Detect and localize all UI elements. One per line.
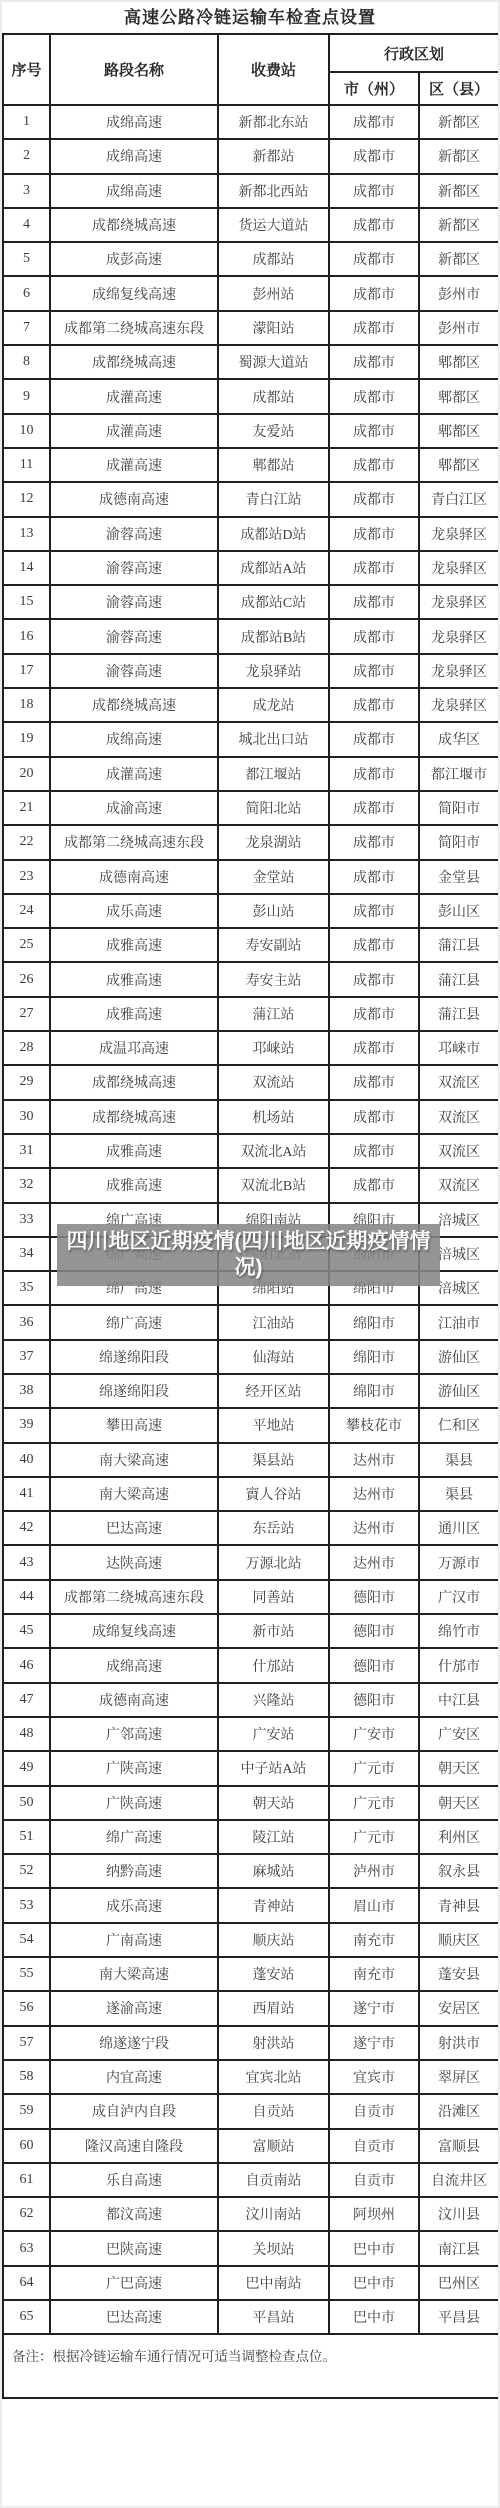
table-body: 1成绵高速新都北东站成都市新都区2成绵高速新都站成都市新都区3成绵高速新都北西站… bbox=[3, 105, 499, 2334]
district-cell: 富顺县 bbox=[419, 2129, 499, 2163]
road-name-cell: 成都绕城高速 bbox=[50, 688, 218, 722]
road-name-cell: 成绵高速 bbox=[50, 174, 218, 208]
district-cell: 平昌县 bbox=[419, 2300, 499, 2334]
table-footer: 备注：根据冷链运输车通行情况可适当调整检查点位。 bbox=[3, 2334, 499, 2398]
table-row: 13渝蓉高速成都站D站成都市龙泉驿区 bbox=[3, 517, 499, 551]
toll-station-cell: 平地站 bbox=[218, 1408, 329, 1442]
district-cell: 简阳市 bbox=[419, 791, 499, 825]
table-row: 53成乐高速青神站眉山市青神县 bbox=[3, 1888, 499, 1922]
index-cell: 59 bbox=[3, 2094, 50, 2128]
city-cell: 成都市 bbox=[329, 105, 419, 139]
city-cell: 泸州市 bbox=[329, 1854, 419, 1888]
city-cell: 成都市 bbox=[329, 414, 419, 448]
toll-station-cell: 自贡南站 bbox=[218, 2163, 329, 2197]
district-cell: 青白江区 bbox=[419, 482, 499, 516]
district-cell: 顺庆区 bbox=[419, 1923, 499, 1957]
table-row: 6成绵复线高速彭州站成都市彭州市 bbox=[3, 276, 499, 310]
city-cell: 成都市 bbox=[329, 1168, 419, 1202]
toll-station-cell: 邛崃站 bbox=[218, 1031, 329, 1065]
table-row: 39攀田高速平地站攀枝花市仁和区 bbox=[3, 1408, 499, 1442]
road-name-cell: 渝蓉高速 bbox=[50, 619, 218, 653]
table-row: 56遂渝高速西眉站遂宁市安居区 bbox=[3, 1991, 499, 2025]
road-name-cell: 攀田高速 bbox=[50, 1408, 218, 1442]
col-header-admin: 行政区划 bbox=[329, 34, 499, 72]
index-cell: 50 bbox=[3, 1786, 50, 1820]
toll-station-cell: 经开区站 bbox=[218, 1374, 329, 1408]
city-cell: 成都市 bbox=[329, 928, 419, 962]
index-cell: 41 bbox=[3, 1477, 50, 1511]
index-cell: 22 bbox=[3, 825, 50, 859]
district-cell: 蒲江县 bbox=[419, 928, 499, 962]
district-cell: 龙泉驿区 bbox=[419, 517, 499, 551]
toll-station-cell: 麻城站 bbox=[218, 1854, 329, 1888]
road-name-cell: 成自泸内自段 bbox=[50, 2094, 218, 2128]
table-row: 44成都第二绕城高速东段同善站德阳市广汉市 bbox=[3, 1580, 499, 1614]
road-name-cell: 成德南高速 bbox=[50, 1683, 218, 1717]
road-name-cell: 成雅高速 bbox=[50, 962, 218, 996]
index-cell: 10 bbox=[3, 414, 50, 448]
city-cell: 攀枝花市 bbox=[329, 1408, 419, 1442]
table-row: 7成都第二绕城高速东段濛阳站成都市彭州市 bbox=[3, 311, 499, 345]
table-row: 1成绵高速新都北东站成都市新都区 bbox=[3, 105, 499, 139]
toll-station-cell: 兴隆站 bbox=[218, 1683, 329, 1717]
road-name-cell: 绵遂绵阳段 bbox=[50, 1340, 218, 1374]
road-name-cell: 纳黔高速 bbox=[50, 1854, 218, 1888]
table-row: 22成都第二绕城高速东段龙泉湖站成都市简阳市 bbox=[3, 825, 499, 859]
index-cell: 8 bbox=[3, 345, 50, 379]
table-row: 9成灌高速成都站成都市郫都区 bbox=[3, 379, 499, 413]
toll-station-cell: 友爱站 bbox=[218, 414, 329, 448]
district-cell: 新都区 bbox=[419, 242, 499, 276]
district-cell: 游仙区 bbox=[419, 1374, 499, 1408]
table-row: 3成绵高速新都北西站成都市新都区 bbox=[3, 174, 499, 208]
index-cell: 45 bbox=[3, 1614, 50, 1648]
road-name-cell: 成德南高速 bbox=[50, 482, 218, 516]
table-row: 46成绵高速什邡站德阳市什邡市 bbox=[3, 1648, 499, 1682]
table-row: 30成都绕城高速机场站成都市双流区 bbox=[3, 1100, 499, 1134]
toll-station-cell: 彭州站 bbox=[218, 276, 329, 310]
index-cell: 38 bbox=[3, 1374, 50, 1408]
city-cell: 南充市 bbox=[329, 1957, 419, 1991]
road-name-cell: 成绵高速 bbox=[50, 139, 218, 173]
road-name-cell: 绵遂绵阳段 bbox=[50, 1374, 218, 1408]
index-cell: 60 bbox=[3, 2129, 50, 2163]
table-row: 47成德南高速兴隆站德阳市中江县 bbox=[3, 1683, 499, 1717]
table-row: 43达陕高速万源北站达州市万源市 bbox=[3, 1545, 499, 1579]
table-row: 14渝蓉高速成都站A站成都市龙泉驿区 bbox=[3, 551, 499, 585]
city-cell: 巴中市 bbox=[329, 2266, 419, 2300]
district-cell: 青神县 bbox=[419, 1888, 499, 1922]
col-header-toll: 收费站 bbox=[218, 34, 329, 105]
road-name-cell: 达陕高速 bbox=[50, 1545, 218, 1579]
road-name-cell: 成都绕城高速 bbox=[50, 1100, 218, 1134]
road-name-cell: 成灌高速 bbox=[50, 414, 218, 448]
district-cell: 郫都区 bbox=[419, 345, 499, 379]
index-cell: 16 bbox=[3, 619, 50, 653]
index-cell: 2 bbox=[3, 139, 50, 173]
city-cell: 眉山市 bbox=[329, 1888, 419, 1922]
table-row: 28成温邛高速邛崃站成都市邛崃市 bbox=[3, 1031, 499, 1065]
city-cell: 达州市 bbox=[329, 1477, 419, 1511]
table-row: 31成雅高速双流北A站成都市双流区 bbox=[3, 1134, 499, 1168]
toll-station-cell: 青白江站 bbox=[218, 482, 329, 516]
toll-station-cell: 平昌站 bbox=[218, 2300, 329, 2334]
district-cell: 双流区 bbox=[419, 1134, 499, 1168]
table-row: 36绵广高速江油站绵阳市江油市 bbox=[3, 1305, 499, 1339]
table-row: 60隆汉高速自隆段富顺站自贡市富顺县 bbox=[3, 2129, 499, 2163]
toll-station-cell: 广安站 bbox=[218, 1717, 329, 1751]
toll-station-cell: 成都站A站 bbox=[218, 551, 329, 585]
city-cell: 自贡市 bbox=[329, 2094, 419, 2128]
index-cell: 44 bbox=[3, 1580, 50, 1614]
index-cell: 23 bbox=[3, 860, 50, 894]
road-name-cell: 南大梁高速 bbox=[50, 1477, 218, 1511]
road-name-cell: 成都绕城高速 bbox=[50, 208, 218, 242]
district-cell: 巴州区 bbox=[419, 2266, 499, 2300]
toll-station-cell: 关坝站 bbox=[218, 2231, 329, 2265]
city-cell: 广元市 bbox=[329, 1751, 419, 1785]
toll-station-cell: 宜宾北站 bbox=[218, 2060, 329, 2094]
road-name-cell: 成绵复线高速 bbox=[50, 1614, 218, 1648]
city-cell: 宜宾市 bbox=[329, 2060, 419, 2094]
table-row: 15渝蓉高速成都站C站成都市龙泉驿区 bbox=[3, 585, 499, 619]
table-row: 42巴达高速东岳站达州市通川区 bbox=[3, 1511, 499, 1545]
index-cell: 57 bbox=[3, 2026, 50, 2060]
toll-station-cell: 新都北东站 bbox=[218, 105, 329, 139]
index-cell: 35 bbox=[3, 1271, 50, 1305]
city-cell: 绵阳市 bbox=[329, 1340, 419, 1374]
toll-station-cell: 射洪站 bbox=[218, 2026, 329, 2060]
table-row: 37绵遂绵阳段仙海站绵阳市游仙区 bbox=[3, 1340, 499, 1374]
toll-station-cell: 双流站 bbox=[218, 1065, 329, 1099]
index-cell: 61 bbox=[3, 2163, 50, 2197]
city-cell: 成都市 bbox=[329, 894, 419, 928]
city-cell: 广安市 bbox=[329, 1717, 419, 1751]
index-cell: 21 bbox=[3, 791, 50, 825]
table-row: 49广陕高速中子站A站广元市朝天区 bbox=[3, 1751, 499, 1785]
toll-station-cell: 同善站 bbox=[218, 1580, 329, 1614]
index-cell: 15 bbox=[3, 585, 50, 619]
index-cell: 64 bbox=[3, 2266, 50, 2300]
toll-station-cell: 成都站C站 bbox=[218, 585, 329, 619]
city-cell: 成都市 bbox=[329, 311, 419, 345]
road-name-cell: 成雅高速 bbox=[50, 1134, 218, 1168]
table-row: 21成渝高速简阳北站成都市简阳市 bbox=[3, 791, 499, 825]
district-cell: 彭州市 bbox=[419, 276, 499, 310]
table-row: 65巴达高速平昌站巴中市平昌县 bbox=[3, 2300, 499, 2334]
index-cell: 52 bbox=[3, 1854, 50, 1888]
city-cell: 自贡市 bbox=[329, 2129, 419, 2163]
watermark-overlay: 四川地区近期疫情(四川地区近期疫情情况) bbox=[57, 1224, 440, 1286]
index-cell: 55 bbox=[3, 1957, 50, 1991]
city-cell: 德阳市 bbox=[329, 1614, 419, 1648]
road-name-cell: 广邻高速 bbox=[50, 1717, 218, 1751]
road-name-cell: 成渝高速 bbox=[50, 791, 218, 825]
road-name-cell: 成都绕城高速 bbox=[50, 345, 218, 379]
index-cell: 4 bbox=[3, 208, 50, 242]
district-cell: 龙泉驿区 bbox=[419, 654, 499, 688]
toll-station-cell: 成都站B站 bbox=[218, 619, 329, 653]
district-cell: 仁和区 bbox=[419, 1408, 499, 1442]
district-cell: 万源市 bbox=[419, 1545, 499, 1579]
district-cell: 彭州市 bbox=[419, 311, 499, 345]
city-cell: 达州市 bbox=[329, 1545, 419, 1579]
district-cell: 邛崃市 bbox=[419, 1031, 499, 1065]
table-row: 4成都绕城高速货运大道站成都市新都区 bbox=[3, 208, 499, 242]
index-cell: 26 bbox=[3, 962, 50, 996]
toll-station-cell: 陵江站 bbox=[218, 1820, 329, 1854]
city-cell: 成都市 bbox=[329, 551, 419, 585]
city-cell: 成都市 bbox=[329, 825, 419, 859]
toll-station-cell: 东岳站 bbox=[218, 1511, 329, 1545]
table-row: 24成乐高速彭山站成都市彭山区 bbox=[3, 894, 499, 928]
road-name-cell: 巴陕高速 bbox=[50, 2231, 218, 2265]
road-name-cell: 绵广高速 bbox=[50, 1820, 218, 1854]
district-cell: 渠县 bbox=[419, 1477, 499, 1511]
toll-station-cell: 都江堰站 bbox=[218, 757, 329, 791]
district-cell: 沿滩区 bbox=[419, 2094, 499, 2128]
city-cell: 成都市 bbox=[329, 688, 419, 722]
table-row: 10成灌高速友爱站成都市郫都区 bbox=[3, 414, 499, 448]
index-cell: 9 bbox=[3, 379, 50, 413]
road-name-cell: 内宜高速 bbox=[50, 2060, 218, 2094]
road-name-cell: 巴达高速 bbox=[50, 2300, 218, 2334]
city-cell: 成都市 bbox=[329, 139, 419, 173]
road-name-cell: 成德南高速 bbox=[50, 860, 218, 894]
toll-station-cell: 賨人谷站 bbox=[218, 1477, 329, 1511]
road-name-cell: 成灌高速 bbox=[50, 448, 218, 482]
table-row: 8成都绕城高速蜀源大道站成都市郫都区 bbox=[3, 345, 499, 379]
district-cell: 广安区 bbox=[419, 1717, 499, 1751]
toll-station-cell: 朝天站 bbox=[218, 1786, 329, 1820]
toll-station-cell: 寿安主站 bbox=[218, 962, 329, 996]
road-name-cell: 乐自高速 bbox=[50, 2163, 218, 2197]
index-cell: 51 bbox=[3, 1820, 50, 1854]
toll-station-cell: 新市站 bbox=[218, 1614, 329, 1648]
col-header-city: 市（州） bbox=[329, 72, 419, 105]
index-cell: 37 bbox=[3, 1340, 50, 1374]
district-cell: 彭山区 bbox=[419, 894, 499, 928]
district-cell: 新都区 bbox=[419, 139, 499, 173]
district-cell: 双流区 bbox=[419, 1100, 499, 1134]
index-cell: 5 bbox=[3, 242, 50, 276]
road-name-cell: 成都第二绕城高速东段 bbox=[50, 825, 218, 859]
road-name-cell: 巴达高速 bbox=[50, 1511, 218, 1545]
city-cell: 南充市 bbox=[329, 1923, 419, 1957]
table-row: 64广巴高速巴中南站巴中市巴州区 bbox=[3, 2266, 499, 2300]
city-cell: 成都市 bbox=[329, 242, 419, 276]
road-name-cell: 广陕高速 bbox=[50, 1751, 218, 1785]
district-cell: 新都区 bbox=[419, 208, 499, 242]
city-cell: 成都市 bbox=[329, 1031, 419, 1065]
table-row: 5成彭高速成都站成都市新都区 bbox=[3, 242, 499, 276]
city-cell: 成都市 bbox=[329, 174, 419, 208]
district-cell: 都江堰市 bbox=[419, 757, 499, 791]
toll-station-cell: 富顺站 bbox=[218, 2129, 329, 2163]
toll-station-cell: 青神站 bbox=[218, 1888, 329, 1922]
district-cell: 江油市 bbox=[419, 1305, 499, 1339]
road-name-cell: 成绵高速 bbox=[50, 722, 218, 756]
table-row: 54广南高速顺庆站南充市顺庆区 bbox=[3, 1923, 499, 1957]
district-cell: 金堂县 bbox=[419, 860, 499, 894]
district-cell: 汶川县 bbox=[419, 2197, 499, 2231]
index-cell: 6 bbox=[3, 276, 50, 310]
table-row: 18成都绕城高速成龙站成都市龙泉驿区 bbox=[3, 688, 499, 722]
district-cell: 成华区 bbox=[419, 722, 499, 756]
table-row: 12成德南高速青白江站成都市青白江区 bbox=[3, 482, 499, 516]
road-name-cell: 成温邛高速 bbox=[50, 1031, 218, 1065]
index-cell: 62 bbox=[3, 2197, 50, 2231]
remark-note: 备注：根据冷链运输车通行情况可适当调整检查点位。 bbox=[3, 2334, 499, 2398]
index-cell: 27 bbox=[3, 997, 50, 1031]
road-name-cell: 隆汉高速自隆段 bbox=[50, 2129, 218, 2163]
city-cell: 成都市 bbox=[329, 585, 419, 619]
road-name-cell: 渝蓉高速 bbox=[50, 517, 218, 551]
col-header-road: 路段名称 bbox=[50, 34, 218, 105]
index-cell: 19 bbox=[3, 722, 50, 756]
road-name-cell: 成都绕城高速 bbox=[50, 1065, 218, 1099]
index-cell: 33 bbox=[3, 1203, 50, 1237]
index-cell: 3 bbox=[3, 174, 50, 208]
district-cell: 翠屏区 bbox=[419, 2060, 499, 2094]
index-cell: 28 bbox=[3, 1031, 50, 1065]
district-cell: 中江县 bbox=[419, 1683, 499, 1717]
city-cell: 成都市 bbox=[329, 997, 419, 1031]
city-cell: 成都市 bbox=[329, 1100, 419, 1134]
checkpoint-table: 序号 路段名称 收费站 行政区划 市（州） 区（县） 1成绵高速新都北东站成都市… bbox=[2, 33, 500, 2399]
city-cell: 阿坝州 bbox=[329, 2197, 419, 2231]
district-cell: 蒲江县 bbox=[419, 997, 499, 1031]
district-cell: 朝天区 bbox=[419, 1786, 499, 1820]
road-name-cell: 成雅高速 bbox=[50, 928, 218, 962]
road-name-cell: 成彭高速 bbox=[50, 242, 218, 276]
city-cell: 成都市 bbox=[329, 276, 419, 310]
city-cell: 遂宁市 bbox=[329, 2026, 419, 2060]
city-cell: 德阳市 bbox=[329, 1683, 419, 1717]
road-name-cell: 成绵高速 bbox=[50, 1648, 218, 1682]
index-cell: 34 bbox=[3, 1237, 50, 1271]
road-name-cell: 绵广高速 bbox=[50, 1305, 218, 1339]
toll-station-cell: 郫都站 bbox=[218, 448, 329, 482]
city-cell: 达州市 bbox=[329, 1443, 419, 1477]
index-cell: 54 bbox=[3, 1923, 50, 1957]
district-cell: 双流区 bbox=[419, 1168, 499, 1202]
table-row: 2成绵高速新都站成都市新都区 bbox=[3, 139, 499, 173]
toll-station-cell: 蜀源大道站 bbox=[218, 345, 329, 379]
index-cell: 46 bbox=[3, 1648, 50, 1682]
road-name-cell: 成乐高速 bbox=[50, 1888, 218, 1922]
toll-station-cell: 巴中南站 bbox=[218, 2266, 329, 2300]
city-cell: 成都市 bbox=[329, 757, 419, 791]
city-cell: 成都市 bbox=[329, 517, 419, 551]
document-page: 高速公路冷链运输车检查点设置 序号 路段名称 收费站 行政区划 市（州） 区（县… bbox=[0, 0, 500, 2508]
road-name-cell: 成雅高速 bbox=[50, 1168, 218, 1202]
city-cell: 绵阳市 bbox=[329, 1305, 419, 1339]
table-row: 52纳黔高速麻城站泸州市叙永县 bbox=[3, 1854, 499, 1888]
index-cell: 58 bbox=[3, 2060, 50, 2094]
city-cell: 广元市 bbox=[329, 1820, 419, 1854]
index-cell: 25 bbox=[3, 928, 50, 962]
index-cell: 53 bbox=[3, 1888, 50, 1922]
toll-station-cell: 中子站A站 bbox=[218, 1751, 329, 1785]
index-cell: 18 bbox=[3, 688, 50, 722]
city-cell: 成都市 bbox=[329, 962, 419, 996]
toll-station-cell: 成都站 bbox=[218, 242, 329, 276]
index-cell: 29 bbox=[3, 1065, 50, 1099]
table-row: 32成雅高速双流北B站成都市双流区 bbox=[3, 1168, 499, 1202]
road-name-cell: 南大梁高速 bbox=[50, 1443, 218, 1477]
toll-station-cell: 双流北A站 bbox=[218, 1134, 329, 1168]
district-cell: 朝天区 bbox=[419, 1751, 499, 1785]
district-cell: 龙泉驿区 bbox=[419, 551, 499, 585]
col-header-district: 区（县） bbox=[419, 72, 499, 105]
toll-station-cell: 江油站 bbox=[218, 1305, 329, 1339]
district-cell: 广汉市 bbox=[419, 1580, 499, 1614]
district-cell: 郫都区 bbox=[419, 448, 499, 482]
road-name-cell: 南大梁高速 bbox=[50, 1957, 218, 1991]
toll-station-cell: 仙海站 bbox=[218, 1340, 329, 1374]
index-cell: 14 bbox=[3, 551, 50, 585]
table-row: 19成绵高速城北出口站成都市成华区 bbox=[3, 722, 499, 756]
city-cell: 自贡市 bbox=[329, 2163, 419, 2197]
road-name-cell: 成灌高速 bbox=[50, 379, 218, 413]
table-row: 61乐自高速自贡南站自贡市自流井区 bbox=[3, 2163, 499, 2197]
index-cell: 48 bbox=[3, 1717, 50, 1751]
toll-station-cell: 成龙站 bbox=[218, 688, 329, 722]
district-cell: 叙永县 bbox=[419, 1854, 499, 1888]
toll-station-cell: 简阳北站 bbox=[218, 791, 329, 825]
city-cell: 成都市 bbox=[329, 379, 419, 413]
index-cell: 30 bbox=[3, 1100, 50, 1134]
city-cell: 巴中市 bbox=[329, 2231, 419, 2265]
district-cell: 什邡市 bbox=[419, 1648, 499, 1682]
toll-station-cell: 城北出口站 bbox=[218, 722, 329, 756]
road-name-cell: 绵遂遂宁段 bbox=[50, 2026, 218, 2060]
table-row: 63巴陕高速关坝站巴中市南江县 bbox=[3, 2231, 499, 2265]
road-name-cell: 成绵复线高速 bbox=[50, 276, 218, 310]
district-cell: 安居区 bbox=[419, 1991, 499, 2025]
road-name-cell: 都汶高速 bbox=[50, 2197, 218, 2231]
district-cell: 游仙区 bbox=[419, 1340, 499, 1374]
table-row: 48广邻高速广安站广安市广安区 bbox=[3, 1717, 499, 1751]
district-cell: 新都区 bbox=[419, 105, 499, 139]
index-cell: 12 bbox=[3, 482, 50, 516]
district-cell: 双流区 bbox=[419, 1065, 499, 1099]
road-name-cell: 成绵高速 bbox=[50, 105, 218, 139]
index-cell: 20 bbox=[3, 757, 50, 791]
index-cell: 39 bbox=[3, 1408, 50, 1442]
city-cell: 成都市 bbox=[329, 722, 419, 756]
toll-station-cell: 成都站D站 bbox=[218, 517, 329, 551]
road-name-cell: 广陕高速 bbox=[50, 1786, 218, 1820]
toll-station-cell: 寿安副站 bbox=[218, 928, 329, 962]
city-cell: 成都市 bbox=[329, 860, 419, 894]
toll-station-cell: 成都站 bbox=[218, 379, 329, 413]
district-cell: 简阳市 bbox=[419, 825, 499, 859]
district-cell: 郫都区 bbox=[419, 379, 499, 413]
index-cell: 31 bbox=[3, 1134, 50, 1168]
toll-station-cell: 顺庆站 bbox=[218, 1923, 329, 1957]
table-row: 26成雅高速寿安主站成都市蒲江县 bbox=[3, 962, 499, 996]
city-cell: 德阳市 bbox=[329, 1648, 419, 1682]
city-cell: 成都市 bbox=[329, 448, 419, 482]
city-cell: 成都市 bbox=[329, 791, 419, 825]
district-cell: 蒲江县 bbox=[419, 962, 499, 996]
index-cell: 43 bbox=[3, 1545, 50, 1579]
table-row: 17渝蓉高速龙泉驿站成都市龙泉驿区 bbox=[3, 654, 499, 688]
table-row: 55南大梁高速蓬安站南充市蓬安县 bbox=[3, 1957, 499, 1991]
toll-station-cell: 濛阳站 bbox=[218, 311, 329, 345]
